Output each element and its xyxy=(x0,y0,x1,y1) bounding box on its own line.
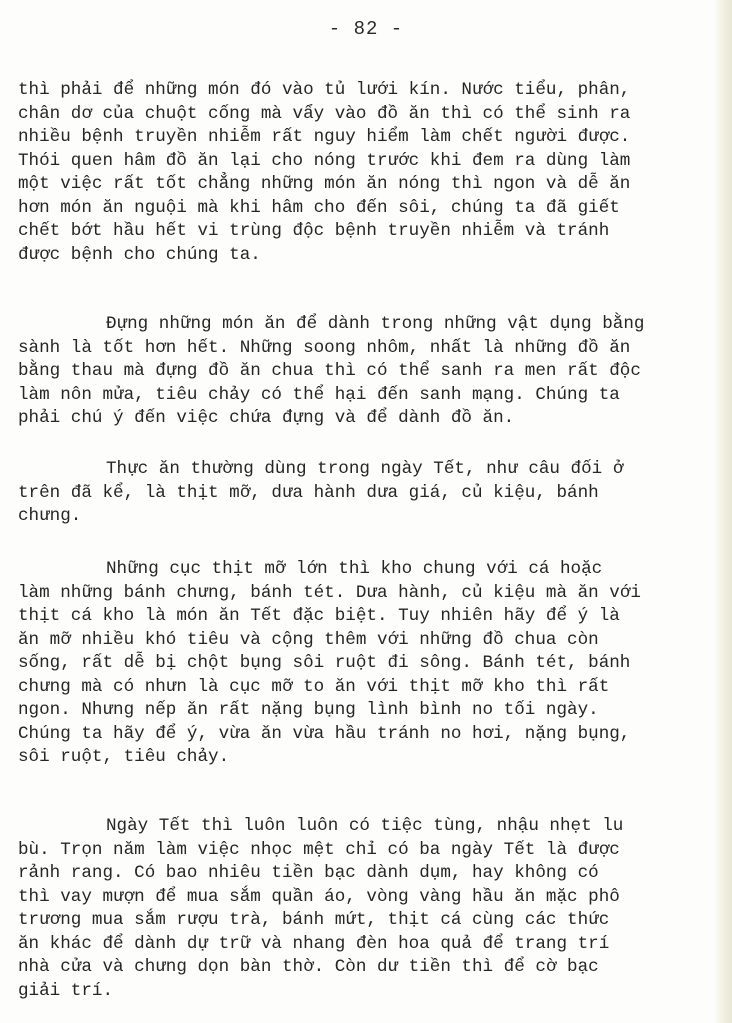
text-line: ngon. Nhưng nếp ăn rất nặng bụng lình bì… xyxy=(18,699,708,723)
text-line: ăn mỡ nhiều khó tiêu và cộng thêm với nh… xyxy=(18,629,708,653)
page-number: - 82 - xyxy=(0,18,732,40)
text-line: Đựng những món ăn để dành trong những vậ… xyxy=(18,313,708,337)
text-line: chưng. xyxy=(18,505,708,529)
text-line: Thực ăn thường dùng trong ngày Tết, như … xyxy=(18,458,708,482)
text-line: làm nôn mửa, tiêu chảy có thể hại đến sa… xyxy=(18,384,708,408)
text-line: chết bớt hầu hết vi trùng độc bệnh truyề… xyxy=(18,220,708,244)
text-line: một việc rất tốt chẳng những món ăn nóng… xyxy=(18,173,708,197)
text-line: Thói quen hâm đồ ăn lại cho nóng trước k… xyxy=(18,150,708,174)
text-line: chân dơ của chuột cống mà vẩy vào đồ ăn … xyxy=(18,103,708,127)
text-line: Chúng ta hãy để ý, vừa ăn vừa hầu tránh … xyxy=(18,723,708,747)
paragraph-3: Thực ăn thường dùng trong ngày Tết, như … xyxy=(18,458,708,529)
text-line: giải trí. xyxy=(18,980,708,1004)
text-line: nhiều bệnh truyền nhiễm rất nguy hiểm là… xyxy=(18,126,708,150)
text-line: được bệnh cho chúng ta. xyxy=(18,244,708,268)
text-line: làm những bánh chưng, bánh tét. Dưa hành… xyxy=(18,582,708,606)
document-page: - 82 - thì phải để những món đó vào tủ l… xyxy=(0,0,732,1023)
paragraph-1: thì phải để những món đó vào tủ lưới kín… xyxy=(18,79,708,267)
paragraph-4: Những cục thịt mỡ lớn thì kho chung với … xyxy=(18,558,708,770)
text-line: chưng mà có nhưn là cục mỡ to ăn với thị… xyxy=(18,676,708,700)
text-line: sành là tốt hơn hết. Những soong nhôm, n… xyxy=(18,337,708,361)
text-line: hơn món ăn nguội mà khi hâm cho đến sôi,… xyxy=(18,197,708,221)
paragraph-2: Đựng những món ăn để dành trong những vậ… xyxy=(18,313,708,431)
text-line: thịt cá kho là món ăn Tết đặc biệt. Tuy … xyxy=(18,605,708,629)
text-line: phải chú ý đến việc chứa đựng và để dành… xyxy=(18,407,708,431)
text-line: Ngày Tết thì luôn luôn có tiệc tùng, nhậ… xyxy=(18,815,708,839)
text-line: thì phải để những món đó vào tủ lưới kín… xyxy=(18,79,708,103)
text-line: bù. Trọn năm làm việc nhọc mệt chỉ có ba… xyxy=(18,839,708,863)
text-line: rảnh rang. Có bao nhiêu tiền bạc dành dụ… xyxy=(18,862,708,886)
text-line: bằng thau mà đựng đồ ăn chua thì có thể … xyxy=(18,360,708,384)
text-line: sôi ruột, tiêu chảy. xyxy=(18,746,708,770)
text-line: trương mua sắm rượu trà, bánh mứt, thịt … xyxy=(18,909,708,933)
text-line: thì vay mượn để mua sắm quần áo, vòng và… xyxy=(18,886,708,910)
text-line: nhà cửa và chưng dọn bàn thờ. Còn dư tiề… xyxy=(18,956,708,980)
text-line: ăn khác để dành dự trữ và nhang đèn hoa … xyxy=(18,933,708,957)
text-line: sống, rất dễ bị chột bụng sôi ruột đi sô… xyxy=(18,652,708,676)
paragraph-5: Ngày Tết thì luôn luôn có tiệc tùng, nhậ… xyxy=(18,815,708,1003)
text-line: Những cục thịt mỡ lớn thì kho chung với … xyxy=(18,558,708,582)
text-line: trên đã kể, là thịt mỡ, dưa hành dưa giá… xyxy=(18,482,708,506)
page-edge-shadow xyxy=(714,0,732,1023)
